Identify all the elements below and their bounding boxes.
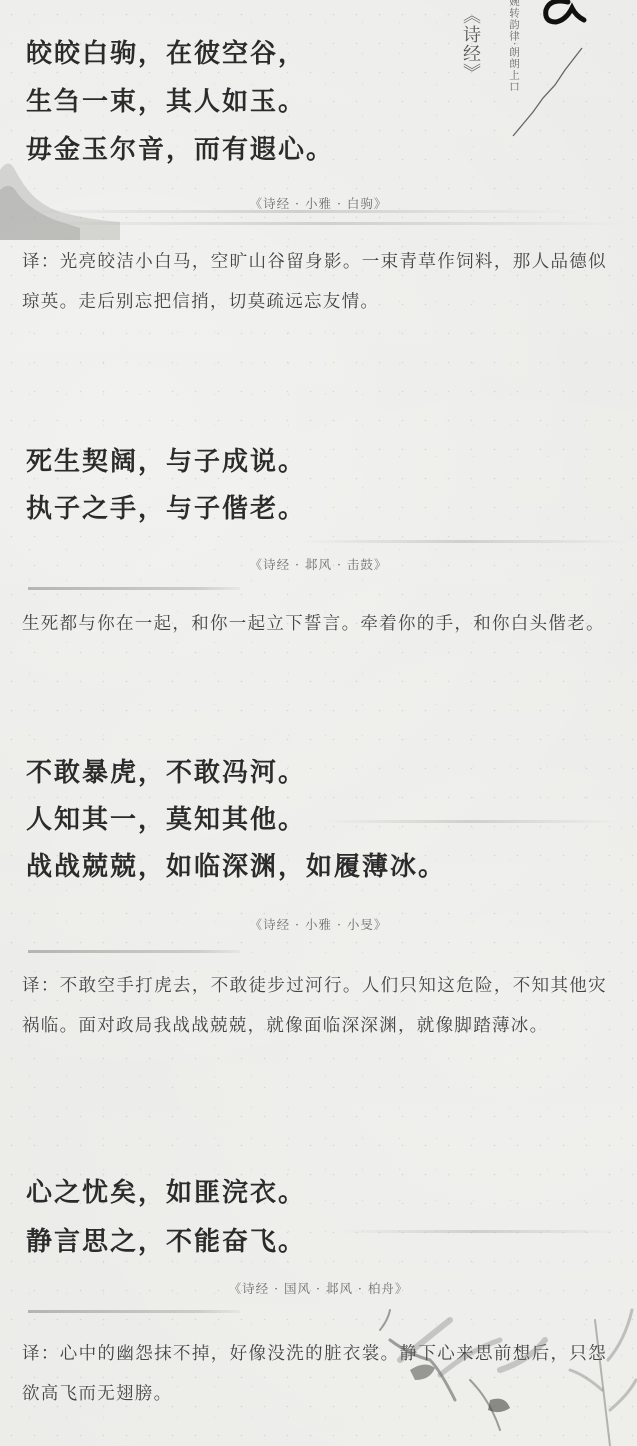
vertical-title: 《诗经》 (463, 6, 483, 82)
poem-translation: 译：光亮皎洁小白马，空旷山谷留身影。一束青草作饲料，那人品德似琼英。走后别忘把信… (22, 242, 607, 322)
poem-line: 静言思之，不能奋飞。 (26, 1226, 306, 1258)
diagonal-brush-line-icon (505, 40, 585, 140)
poem-translation: 译：不敢空手打虎去，不敢徒步过河行。人们只知这危险，不知其他灾祸临。面对政局我战… (22, 966, 607, 1046)
poem-source: 《诗经 · 邶风 · 击鼓》 (0, 557, 637, 573)
poem-line: 生刍一束，其人如玉。 (26, 86, 306, 118)
mist-stroke (320, 820, 620, 823)
poem-line: 不敢暴虎，不敢冯河。 (26, 757, 306, 789)
poem-line: 执子之手，与子偕老。 (26, 493, 306, 525)
crane-bamboo-ink-icon (370, 1300, 637, 1446)
separator-line (28, 587, 240, 590)
poem-line: 心之忧矣，如匪浣衣。 (26, 1177, 306, 1209)
poem-translation: 生死都与你在一起，和你一起立下誓言。牵着你的手，和你白头偕老。 (22, 604, 607, 644)
mist-stroke (340, 1230, 620, 1233)
poem-line: 战战兢兢，如临深渊，如履薄冰。 (26, 851, 446, 883)
poem-line: 人知其一，莫知其他。 (26, 804, 306, 836)
calligraphy-mark-icon (540, 0, 600, 30)
mist-stroke (300, 540, 630, 543)
poem-source: 《诗经 · 国风 · 邶风 · 柏舟》 (0, 1281, 637, 1297)
poem-line: 毋金玉尔音，而有遐心。 (26, 134, 334, 166)
mist-stroke (30, 222, 630, 225)
poem-line: 皎皎白驹，在彼空谷， (26, 38, 306, 70)
separator-line (28, 950, 240, 953)
separator-line (28, 1310, 240, 1313)
poem-line: 死生契阔，与子成说。 (26, 446, 306, 478)
poem-source: 《诗经 · 小雅 · 白驹》 (0, 196, 637, 212)
poem-source: 《诗经 · 小雅 · 小旻》 (0, 917, 637, 933)
